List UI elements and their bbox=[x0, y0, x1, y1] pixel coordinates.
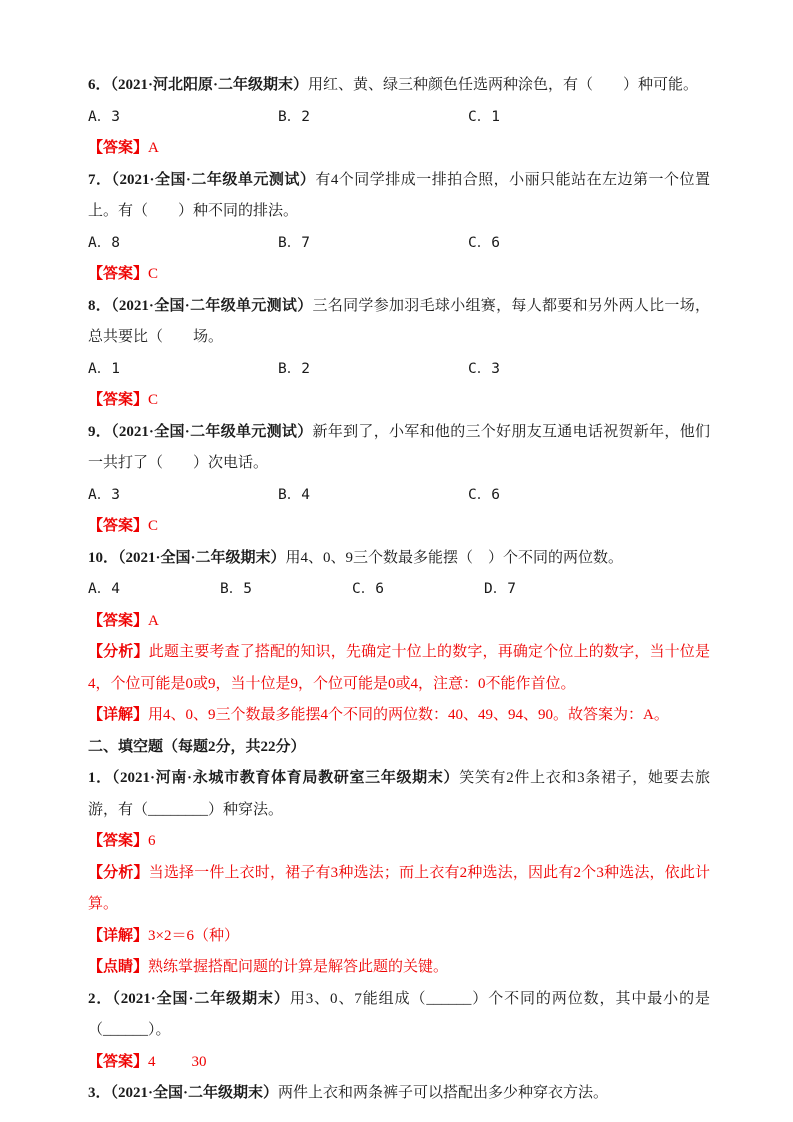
question-number: 9． bbox=[88, 424, 111, 440]
answer-line: 【答案】430 bbox=[88, 1047, 710, 1079]
question-stem: 用红、黄、绿三种颜色任选两种涂色，有（ ）种可能。 bbox=[308, 77, 698, 93]
choice-question-7: 7．（2021·全国·二年级单元测试）有4个同学排成一排拍合照，小丽只能站在左边… bbox=[88, 165, 710, 291]
answer-label: 【答案】 bbox=[88, 266, 148, 282]
tip-line: 【点睛】熟练掌握搭配问题的计算是解答此题的关键。 bbox=[88, 952, 710, 984]
question-source: （2021·全国·二年级单元测试） bbox=[111, 424, 312, 440]
options-row: A．4 B．5 C．6 D．7 bbox=[88, 574, 710, 606]
answer-label: 【答案】 bbox=[88, 1054, 148, 1070]
choice-question-9: 9．（2021·全国·二年级单元测试）新年到了，小军和他的三个好朋友互通电话祝贺… bbox=[88, 417, 710, 543]
question-paragraph: 8．（2021·全国·二年级单元测试）三名同学参加羽毛球小组赛，每人都要和另外两… bbox=[88, 291, 710, 354]
option-c: C．3 bbox=[468, 354, 500, 386]
detail-line: 【详解】用4、0、9三个数最多能摆4个不同的两位数：40、49、94、90。故答… bbox=[88, 700, 710, 732]
option-c: C．1 bbox=[468, 102, 500, 134]
question-paragraph: 2．（2021·全国·二年级期末）用3、0、7能组成（______）个不同的两位… bbox=[88, 984, 710, 1047]
question-stem: 用4、0、9三个数最多能摆（ ）个不同的两位数。 bbox=[286, 550, 624, 566]
option-a: A．8 bbox=[88, 228, 278, 260]
question-source: （2021·全国·二年级期末） bbox=[112, 991, 289, 1007]
question-source: （2021·全国·二年级单元测试） bbox=[111, 172, 315, 188]
worksheet-page: 6．（2021·河北阳原·二年级期末）用红、黄、绿三种颜色任选两种涂色，有（ ）… bbox=[0, 0, 793, 1122]
analysis-line: 【分析】此题主要考查了搭配的知识，先确定十位上的数字，再确定个位上的数字，当十位… bbox=[88, 637, 710, 700]
fill-question-2: 2．（2021·全国·二年级期末）用3、0、7能组成（______）个不同的两位… bbox=[88, 984, 710, 1079]
fill-question-3: 3．（2021·全国·二年级期末）两件上衣和两条裤子可以搭配出多少种穿衣方法。 bbox=[88, 1078, 710, 1110]
answer-line: 【答案】C bbox=[88, 259, 710, 291]
answer-label: 【答案】 bbox=[88, 392, 148, 408]
question-paragraph: 1．（2021·河南·永城市教育体育局教研室三年级期末）笑笑有2件上衣和3条裙子… bbox=[88, 763, 710, 826]
answer-value: C bbox=[148, 518, 158, 534]
option-c: C．6 bbox=[352, 574, 484, 606]
question-source: （2021·全国·二年级期末） bbox=[118, 550, 286, 566]
option-b: B．2 bbox=[278, 354, 468, 386]
choice-question-10: 10．（2021·全国·二年级期末）用4、0、9三个数最多能摆（ ）个不同的两位… bbox=[88, 543, 710, 732]
question-source: （2021·全国·二年级期末） bbox=[111, 1085, 279, 1101]
analysis-label: 【分析】 bbox=[88, 865, 149, 881]
answer-value: A bbox=[148, 613, 159, 629]
tip-label: 【点睛】 bbox=[88, 959, 148, 975]
detail-label: 【详解】 bbox=[88, 707, 148, 723]
options-row: A．8 B．7 C．6 bbox=[88, 228, 710, 260]
question-number: 3． bbox=[88, 1085, 111, 1101]
section-header-fill-in: 二、填空题（每题2分，共22分） bbox=[88, 732, 710, 764]
option-b: B．5 bbox=[220, 574, 352, 606]
analysis-text: 此题主要考查了搭配的知识，先确定十位上的数字，再确定个位上的数字，当十位是4，个… bbox=[88, 644, 710, 692]
detail-label: 【详解】 bbox=[88, 928, 148, 944]
option-c: C．6 bbox=[468, 228, 500, 260]
tip-text: 熟练掌握搭配问题的计算是解答此题的关键。 bbox=[148, 959, 448, 975]
options-row: A．3 B．4 C．6 bbox=[88, 480, 710, 512]
option-b: B．7 bbox=[278, 228, 468, 260]
question-paragraph: 3．（2021·全国·二年级期末）两件上衣和两条裤子可以搭配出多少种穿衣方法。 bbox=[88, 1078, 710, 1110]
answer-line: 【答案】6 bbox=[88, 826, 710, 858]
answer-value: C bbox=[148, 266, 158, 282]
analysis-text: 当选择一件上衣时，裙子有3种选法；而上衣有2种选法，因此有2个3种选法，依此计算… bbox=[88, 865, 710, 913]
options-row: A．3 B．2 C．1 bbox=[88, 102, 710, 134]
question-number: 7． bbox=[88, 172, 111, 188]
answer-label: 【答案】 bbox=[88, 833, 148, 849]
question-source: （2021·河北阳原·二年级期末） bbox=[111, 77, 309, 93]
analysis-line: 【分析】当选择一件上衣时，裙子有3种选法；而上衣有2种选法，因此有2个3种选法，… bbox=[88, 858, 710, 921]
option-a: A．3 bbox=[88, 480, 278, 512]
detail-text: 用4、0、9三个数最多能摆4个不同的两位数：40、49、94、90。故答案为：A… bbox=[148, 707, 669, 723]
choice-question-8: 8．（2021·全国·二年级单元测试）三名同学参加羽毛球小组赛，每人都要和另外两… bbox=[88, 291, 710, 417]
answer-value: 6 bbox=[148, 833, 156, 849]
option-a: A．4 bbox=[88, 574, 220, 606]
options-row: A．1 B．2 C．3 bbox=[88, 354, 710, 386]
question-paragraph: 9．（2021·全国·二年级单元测试）新年到了，小军和他的三个好朋友互通电话祝贺… bbox=[88, 417, 710, 480]
question-number: 10． bbox=[88, 550, 118, 566]
detail-text: 3×2＝6（种） bbox=[148, 928, 239, 944]
question-stem: 两件上衣和两条裤子可以搭配出多少种穿衣方法。 bbox=[278, 1085, 608, 1101]
answer-label: 【答案】 bbox=[88, 613, 148, 629]
question-source: （2021·全国·二年级单元测试） bbox=[111, 298, 312, 314]
answer-label: 【答案】 bbox=[88, 140, 148, 156]
answer-value: A bbox=[148, 140, 159, 156]
answer-value-2: 30 bbox=[192, 1054, 207, 1070]
answer-line: 【答案】C bbox=[88, 511, 710, 543]
question-paragraph: 10．（2021·全国·二年级期末）用4、0、9三个数最多能摆（ ）个不同的两位… bbox=[88, 543, 710, 575]
answer-label: 【答案】 bbox=[88, 518, 148, 534]
option-a: A．3 bbox=[88, 102, 278, 134]
answer-value: C bbox=[148, 392, 158, 408]
analysis-label: 【分析】 bbox=[88, 644, 149, 660]
fill-question-1: 1．（2021·河南·永城市教育体育局教研室三年级期末）笑笑有2件上衣和3条裙子… bbox=[88, 763, 710, 984]
answer-value: 4 bbox=[148, 1054, 156, 1070]
choice-question-6: 6．（2021·河北阳原·二年级期末）用红、黄、绿三种颜色任选两种涂色，有（ ）… bbox=[88, 70, 710, 165]
option-a: A．1 bbox=[88, 354, 278, 386]
answer-line: 【答案】A bbox=[88, 606, 710, 638]
question-number: 2． bbox=[88, 991, 112, 1007]
option-b: B．2 bbox=[278, 102, 468, 134]
question-source: （2021·河南·永城市教育体育局教研室三年级期末） bbox=[112, 770, 459, 786]
option-b: B．4 bbox=[278, 480, 468, 512]
option-d: D．7 bbox=[484, 574, 516, 606]
question-paragraph: 7．（2021·全国·二年级单元测试）有4个同学排成一排拍合照，小丽只能站在左边… bbox=[88, 165, 710, 228]
question-number: 8． bbox=[88, 298, 111, 314]
answer-line: 【答案】A bbox=[88, 133, 710, 165]
question-number: 1． bbox=[88, 770, 112, 786]
question-paragraph: 6．（2021·河北阳原·二年级期末）用红、黄、绿三种颜色任选两种涂色，有（ ）… bbox=[88, 70, 710, 102]
option-c: C．6 bbox=[468, 480, 500, 512]
question-number: 6． bbox=[88, 77, 111, 93]
answer-line: 【答案】C bbox=[88, 385, 710, 417]
detail-line: 【详解】3×2＝6（种） bbox=[88, 921, 710, 953]
